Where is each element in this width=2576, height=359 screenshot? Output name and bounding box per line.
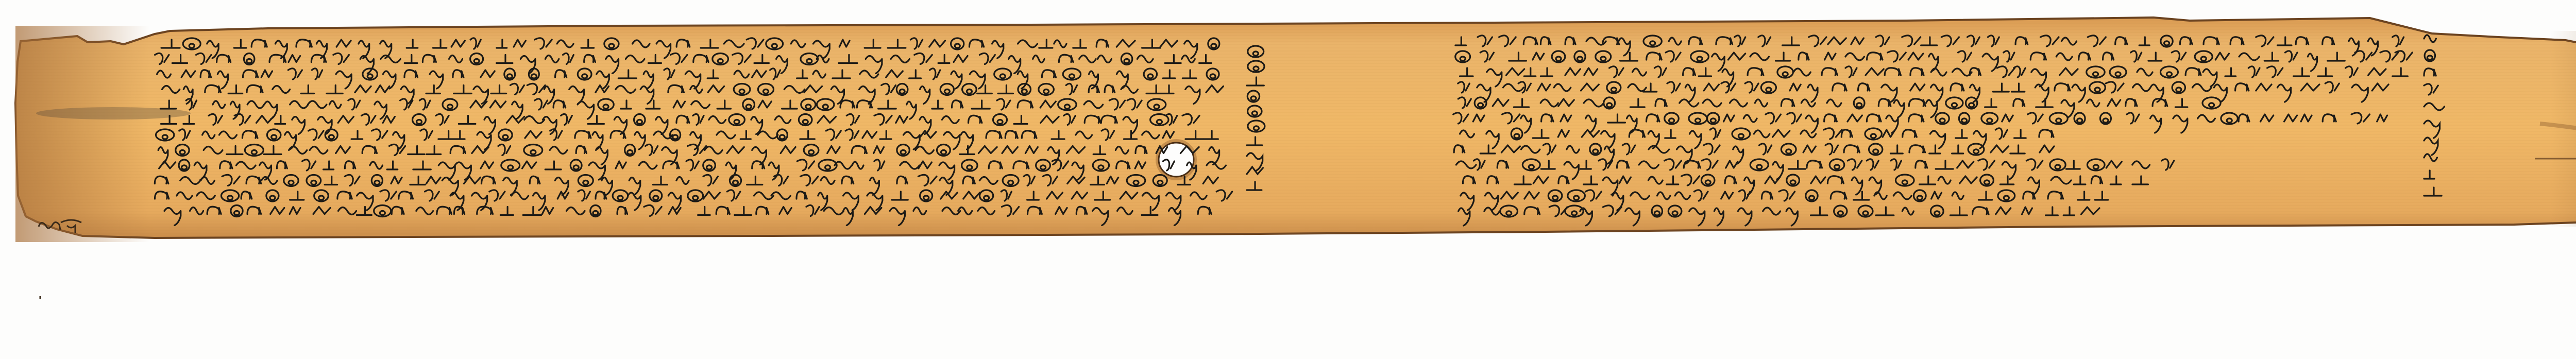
manuscript-scan: 123 <box>0 0 2576 359</box>
palm-leaf <box>15 18 2576 242</box>
palm-leaf-illustration <box>0 0 2576 359</box>
string-hole <box>1156 139 1197 180</box>
